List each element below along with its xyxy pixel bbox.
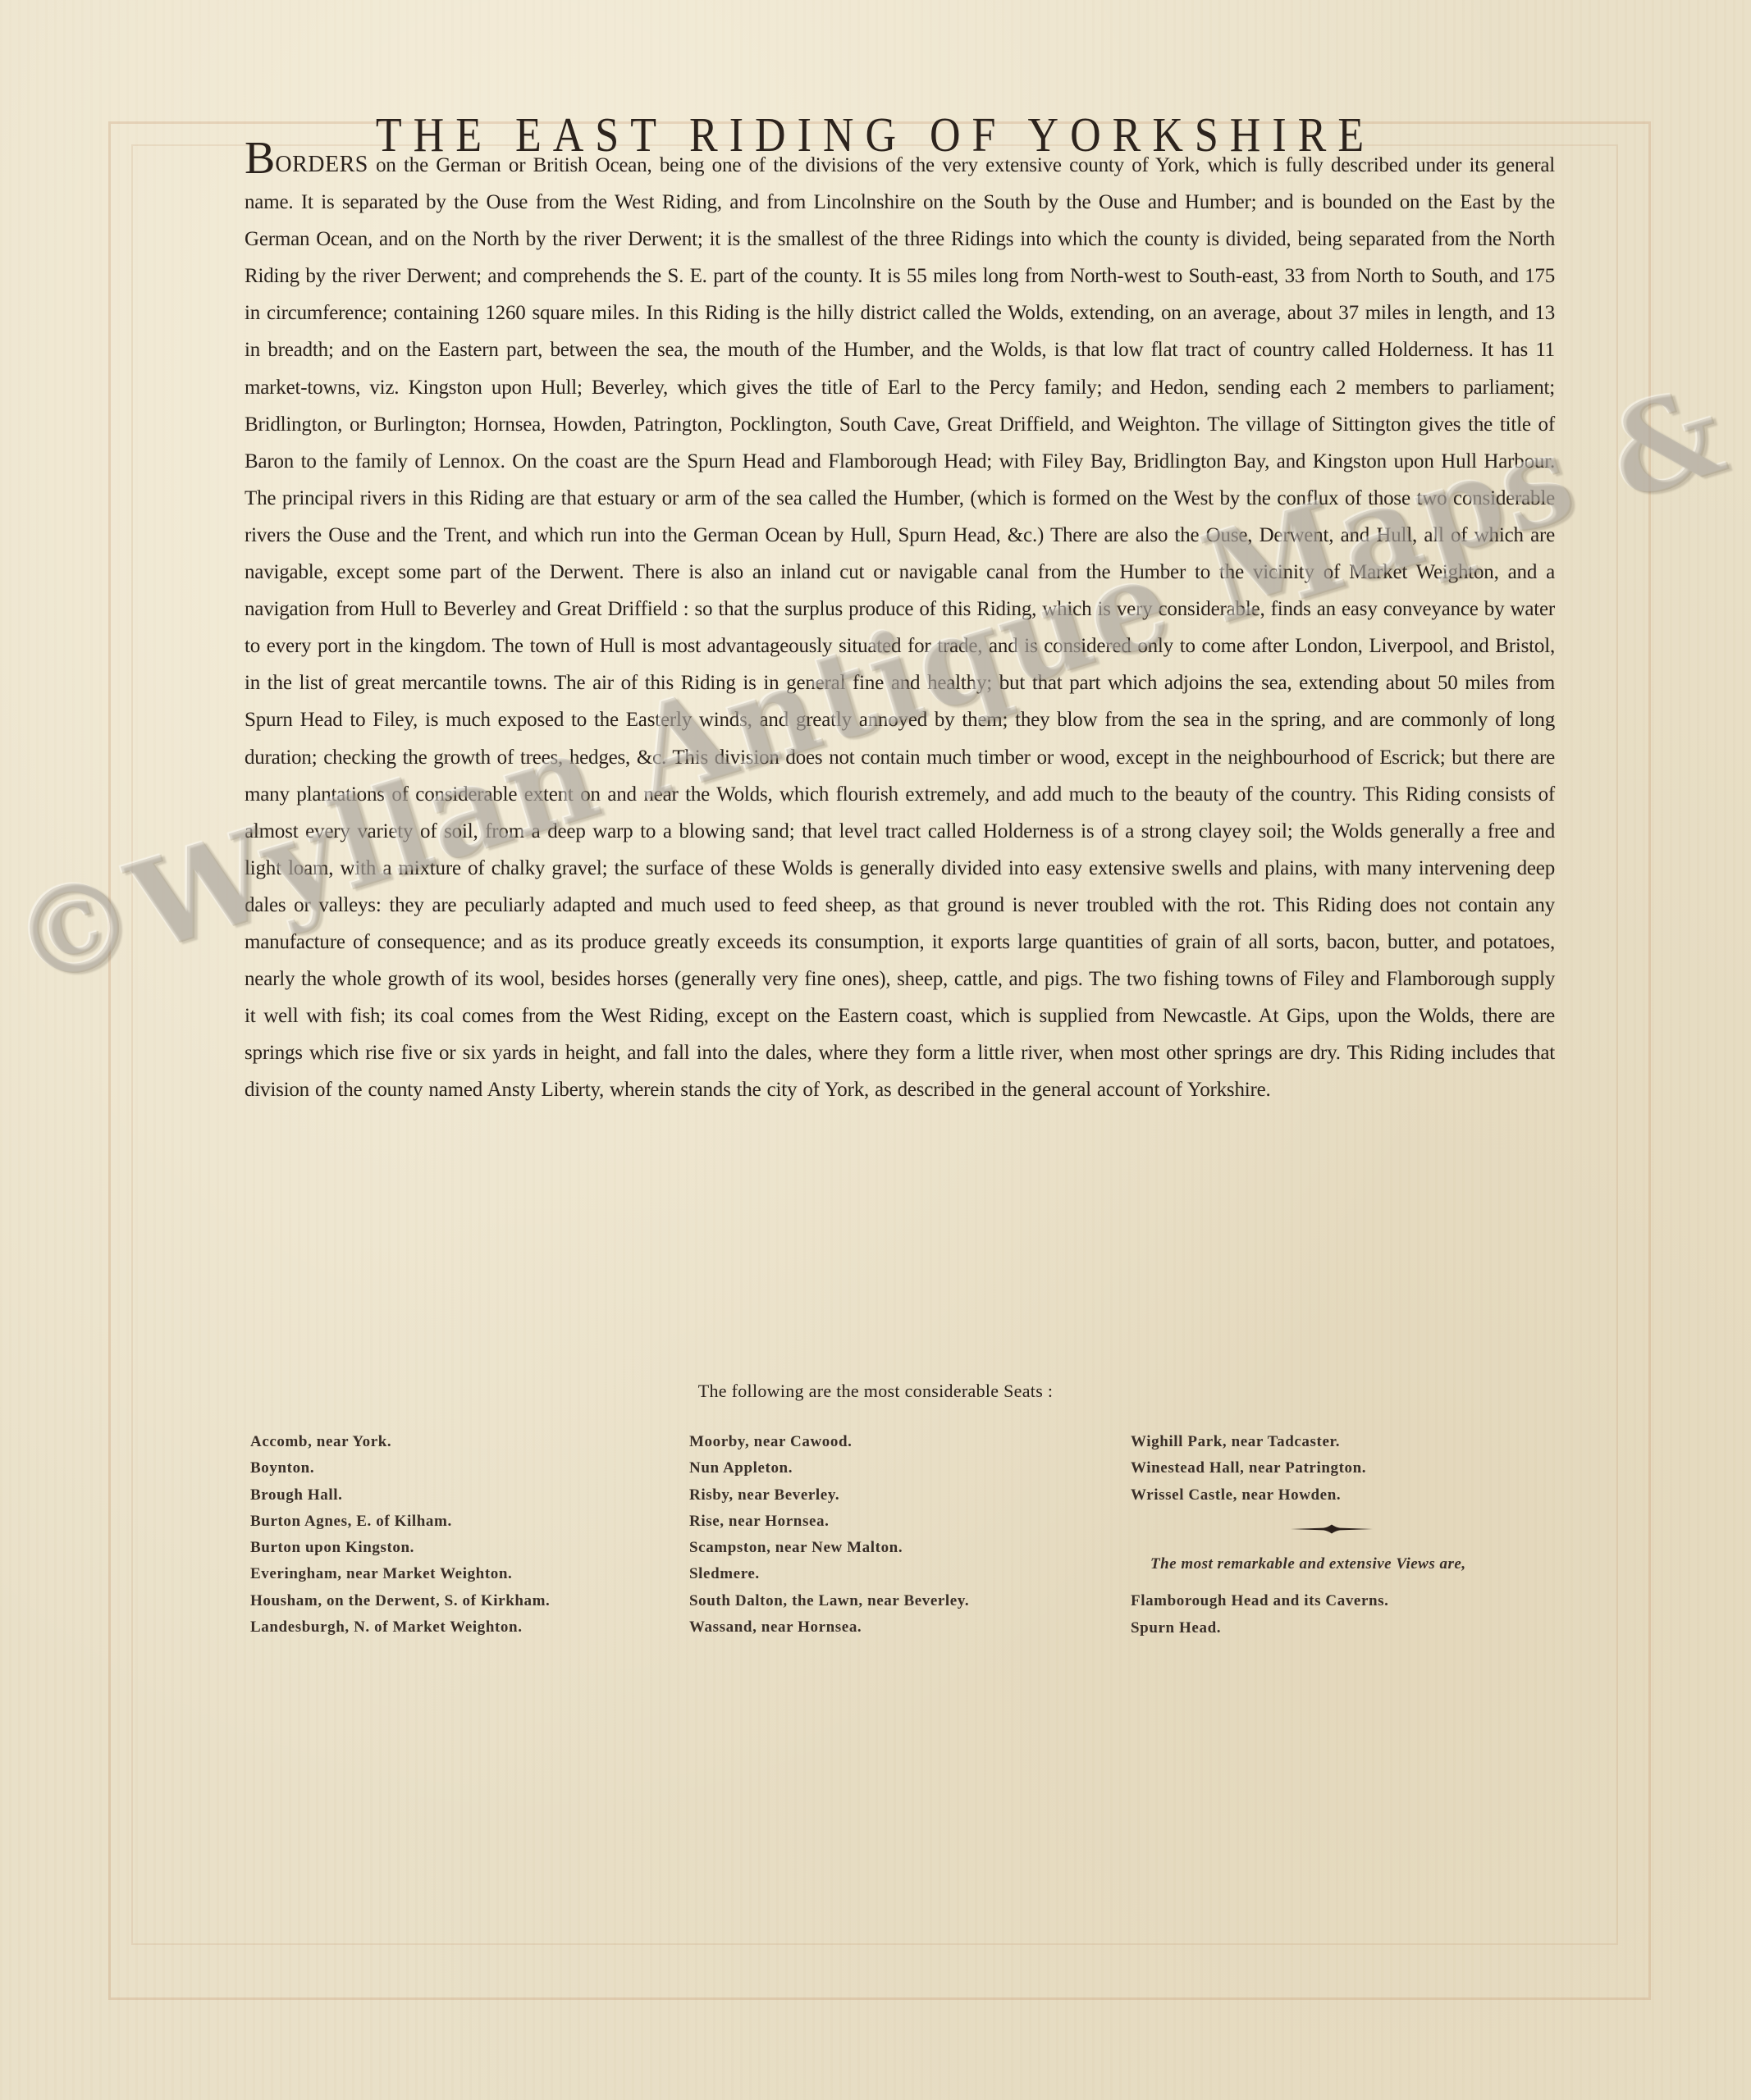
drop-cap: B — [245, 133, 275, 184]
seat-item: Burton upon Kingston. — [250, 1535, 550, 1561]
seat-item: Wassand, near Hornsea. — [689, 1614, 969, 1641]
seats-column-3: Wighill Park, near Tadcaster. Winestead … — [1131, 1429, 1366, 1509]
paragraph-text: on the German or British Ocean, being on… — [245, 154, 1555, 1101]
seats-column-1: Accomb, near York. Boynton. Brough Hall.… — [250, 1429, 550, 1641]
seats-column-2: Moorby, near Cawood. Nun Appleton. Risby… — [689, 1429, 969, 1641]
seat-item: Nun Appleton. — [689, 1455, 969, 1481]
seat-item: Rise, near Hornsea. — [689, 1509, 969, 1535]
seat-item: Wrissel Castle, near Howden. — [1131, 1482, 1366, 1509]
seat-item: Burton Agnes, E. of Kilham. — [250, 1509, 550, 1535]
seat-item: Landesburgh, N. of Market Weighton. — [250, 1614, 550, 1641]
view-item: Flamborough Head and its Caverns. — [1131, 1587, 1389, 1614]
diamond-rule-ornament-icon — [1291, 1524, 1373, 1534]
seat-item: Sledmere. — [689, 1561, 969, 1587]
seat-item: Moorby, near Cawood. — [689, 1429, 969, 1455]
lead-word: ORDERS — [275, 152, 368, 177]
views-heading: The most remarkable and extensive Views … — [1150, 1555, 1466, 1573]
seat-item: South Dalton, the Lawn, near Beverley. — [689, 1588, 969, 1614]
seat-item: Housham, on the Derwent, S. of Kirkham. — [250, 1588, 550, 1614]
seat-item: Risby, near Beverley. — [689, 1482, 969, 1509]
description-paragraph: BORDERS on the German or British Ocean, … — [245, 146, 1555, 1108]
view-item: Spurn Head. — [1131, 1614, 1389, 1641]
seat-item: Scampston, near New Malton. — [689, 1535, 969, 1561]
views-list: Flamborough Head and its Caverns. Spurn … — [1131, 1587, 1389, 1641]
seat-item: Everingham, near Market Weighton. — [250, 1561, 550, 1587]
seat-item: Brough Hall. — [250, 1482, 550, 1509]
seat-item: Boynton. — [250, 1455, 550, 1481]
seat-item: Wighill Park, near Tadcaster. — [1131, 1429, 1366, 1455]
seat-item: Accomb, near York. — [250, 1429, 550, 1455]
seats-heading: The following are the most considerable … — [0, 1381, 1751, 1402]
seat-item: Winestead Hall, near Patrington. — [1131, 1455, 1366, 1481]
